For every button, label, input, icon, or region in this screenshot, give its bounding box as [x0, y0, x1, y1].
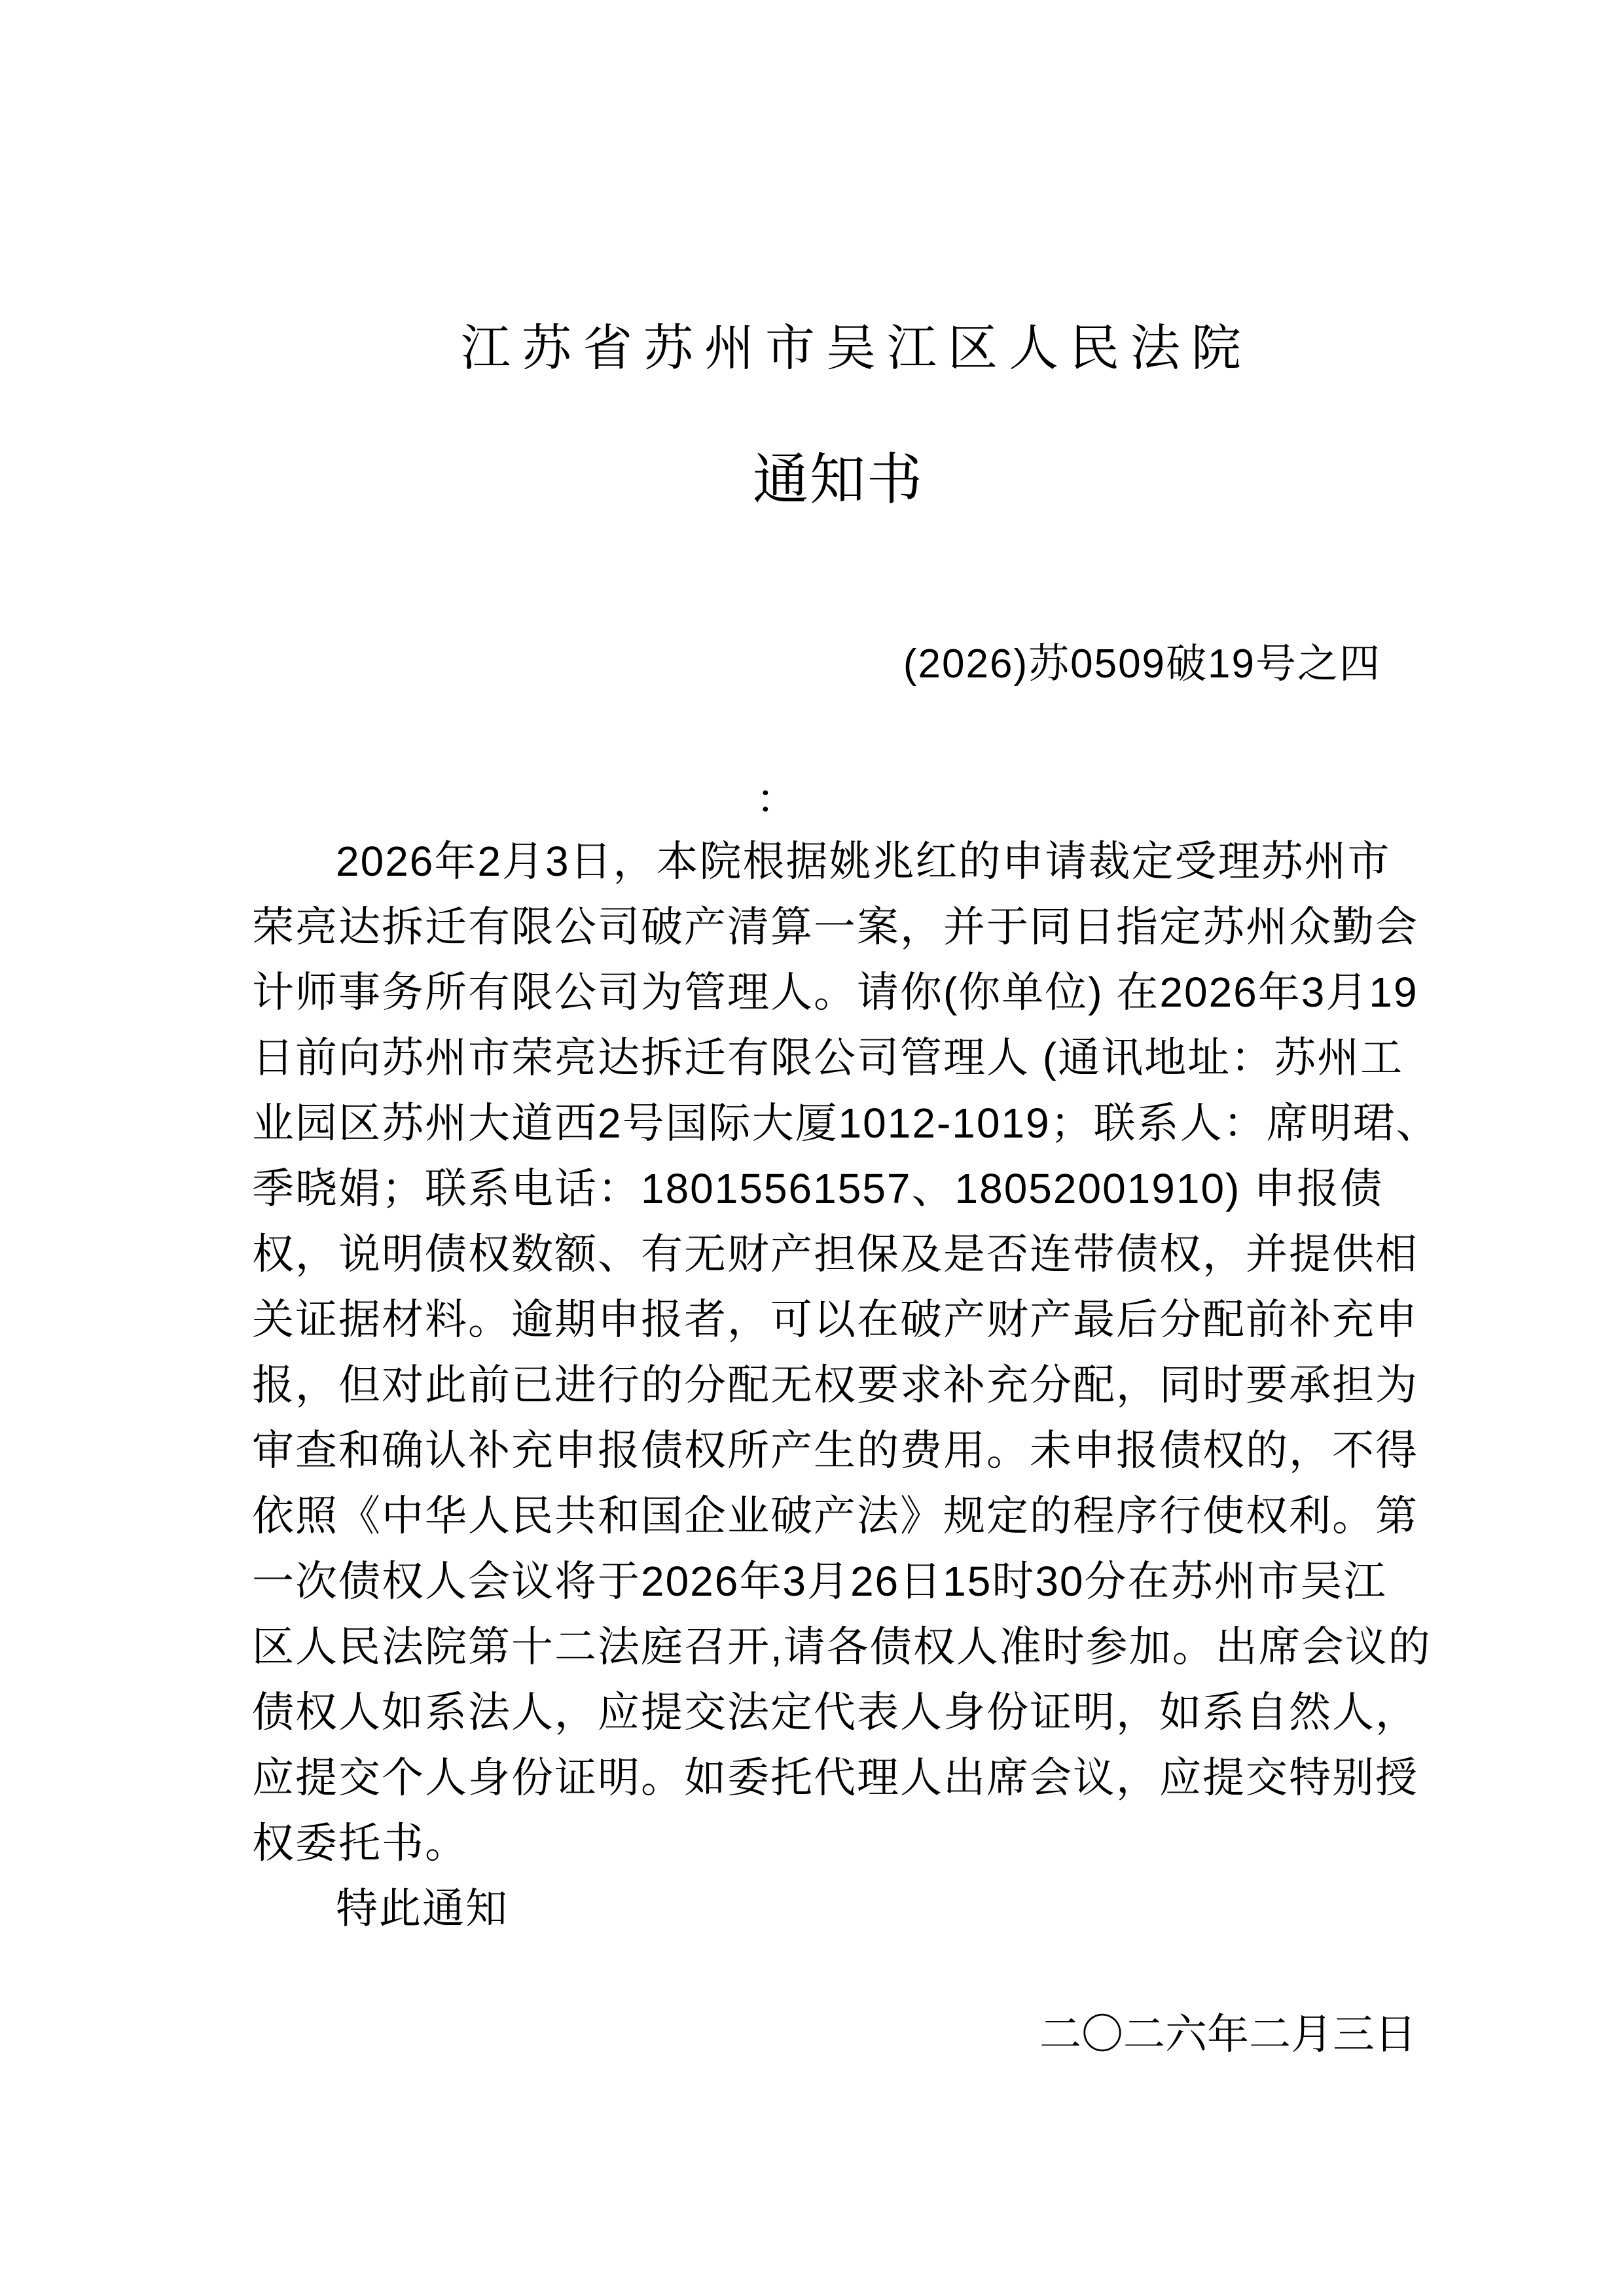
- body-text-line: 计师事务所有限公司为管理人。请你(你单位) 在2026年3月19: [252, 960, 1404, 1025]
- body-text-line: 报，但对此前已进行的分配无权要求补充分配，同时要承担为: [252, 1352, 1404, 1418]
- body-text-line: 审查和确认补充申报债权所产生的费用。未申报债权的，不得: [252, 1418, 1404, 1483]
- body-text-line: 荣亮达拆迁有限公司破产清算一案，并于同日指定苏州众勤会: [252, 894, 1404, 960]
- notice-document-page: 江苏省苏州市吴江区人民法院 通知书 (2026)苏0509破19号之四 ： 20…: [0, 0, 1624, 2296]
- body-text-line: 季晓娟；联系电话：18015561557、18052001910) 申报债: [252, 1156, 1404, 1221]
- body-text-line: 权委托书。: [252, 1810, 1404, 1876]
- closing-statement: 特此通知: [252, 1876, 509, 1941]
- issue-date: 二〇二六年二月三日: [1039, 2001, 1416, 2067]
- body-text-line: 应提交个人身份证明。如委托代理人出席会议，应提交特别授: [252, 1745, 1404, 1810]
- body-text-line: 业园区苏州大道西2号国际大厦1012-1019；联系人：席明珺、: [252, 1090, 1404, 1156]
- body-text-line: 债权人如系法人，应提交法定代表人身份证明，如系自然人，: [252, 1679, 1404, 1745]
- document-type-title: 通知书: [0, 450, 1624, 512]
- addressee-salutation-colon: ：: [756, 776, 797, 824]
- body-text-line: 权，说明债权数额、有无财产担保及是否连带债权，并提供相: [252, 1221, 1404, 1287]
- body-text-line: 日前向苏州市荣亮达拆迁有限公司管理人 (通讯地址：苏州工: [252, 1025, 1404, 1090]
- body-text-line: 2026年2月3日，本院根据姚兆红的申请裁定受理苏州市: [252, 829, 1404, 894]
- body-text-line: 关证据材料。逾期申报者，可以在破产财产最后分配前补充申: [252, 1287, 1404, 1352]
- notice-body-text: 2026年2月3日，本院根据姚兆红的申请裁定受理苏州市荣亮达拆迁有限公司破产清算…: [252, 829, 1404, 1876]
- court-name-title: 江苏省苏州市吴江区人民法院: [0, 322, 1624, 377]
- body-text-line: 依照《中华人民共和国企业破产法》规定的程序行使权利。第: [252, 1483, 1404, 1549]
- body-text-line: 区人民法院第十二法庭召开,请各债权人准时参加。出席会议的: [252, 1614, 1404, 1679]
- case-number: (2026)苏0509破19号之四: [903, 640, 1381, 689]
- body-text-line: 一次债权人会议将于2026年3月26日15时30分在苏州市吴江: [252, 1549, 1404, 1614]
